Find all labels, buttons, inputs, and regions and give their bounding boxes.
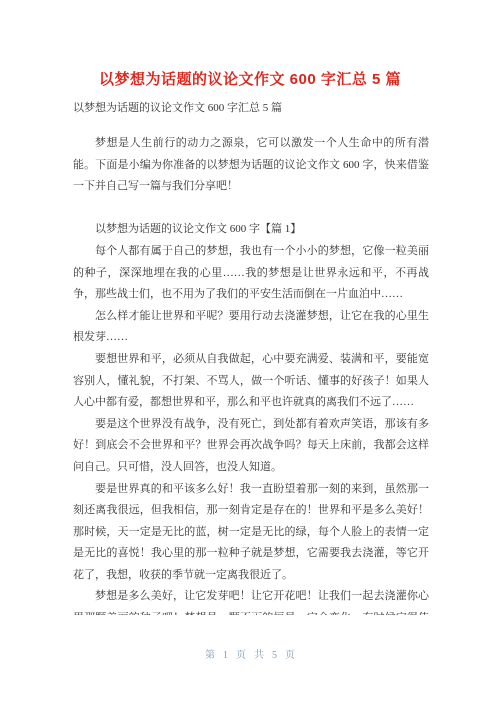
paragraph: 梦想是人生前行的动力之源泉，它可以激发一个人生命中的所有潜能。下面是小编为你准备… [73,133,429,198]
paragraph: 要想世界和平，必须从自我做起，心中要充满爱、装满和平，要能宽容别人，懂礼貌，不打… [73,349,429,414]
essay-body: 梦想是人生前行的动力之源泉，它可以激发一个人生命中的所有潜能。下面是小编为你准备… [0,133,500,615]
paragraph: 怎么样才能让世界和平呢？要用行动去浇灌梦想，让它在我的心里生根发芽…… [73,306,429,349]
paragraph: 每个人都有属于自己的梦想，我也有一个小小的梦想，它像一粒美丽的种子，深深地埋在我… [73,241,429,306]
pagination-page-label: 页 [236,650,246,661]
pagination-prefix: 第 [205,650,215,661]
page-indicator: 第1页共5页 [0,646,500,661]
paragraph-spacer [73,198,429,220]
pagination-current-page: 1 [223,650,228,661]
pagination-total-prefix: 共 [254,650,264,661]
paragraph: 要是这个世界没有战争，没有死亡，到处都有着欢声笑语，那该有多好！到底会不会世界和… [73,414,429,479]
paragraph: 要是世界真的和平该多么好！我一直盼望着那一刻的来到，虽然那一刻还离我很远，但我相… [73,479,429,587]
document-title: 以梦想为话题的议论文作文 600 字汇总 5 篇 [0,0,500,90]
pagination-total-pages: 5 [272,650,277,661]
pagination-total-label: 页 [285,650,295,661]
document-subtitle: 以梦想为话题的议论文作文 600 字汇总 5 篇 [0,101,500,116]
paragraph: 以梦想为话题的议论文作文 600 字【篇 1】 [73,219,429,241]
paragraph: 梦想是多么美好，让它发芽吧！让它开花吧！让我们一起去浇灌你心里那颗美丽的种子吧！… [73,586,429,615]
document-page: 以梦想为话题的议论文作文 600 字汇总 5 篇 以梦想为话题的议论文作文 60… [0,0,500,707]
